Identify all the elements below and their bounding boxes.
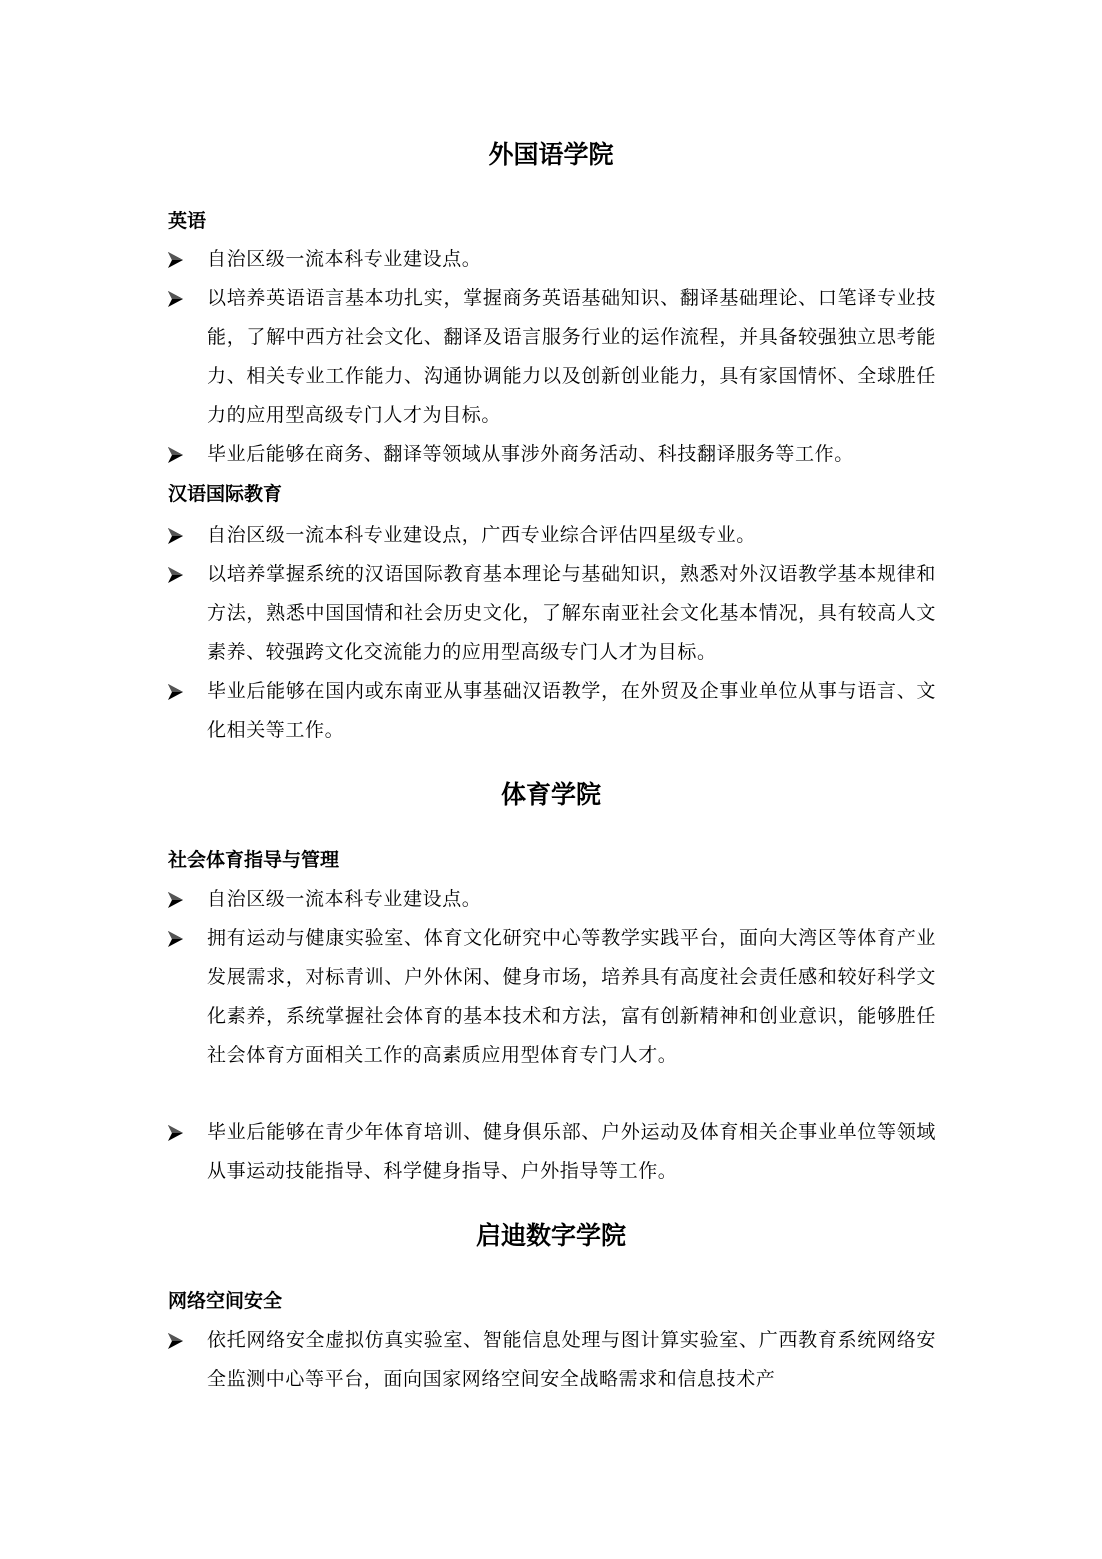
arrowhead-bullet-icon (168, 880, 186, 919)
bullet-text: 以培养掌握系统的汉语国际教育基本理论与基础知识，熟悉对外汉语教学基本规律和方法，… (207, 555, 936, 672)
arrowhead-bullet-icon (168, 279, 186, 318)
list-item: 自治区级一流本科专业建设点，广西专业综合评估四星级专业。 (168, 516, 938, 555)
major-title: 汉语国际教育 (168, 482, 282, 506)
list-item: 以培养英语语言基本功扎实，掌握商务英语基础知识、翻译基础理论、口笔译专业技能，了… (168, 279, 938, 435)
major-title: 网络空间安全 (168, 1289, 282, 1313)
list-item: 依托网络安全虚拟仿真实验室、智能信息处理与图计算实验室、广西教育系统网络安全监测… (168, 1321, 938, 1399)
bullet-text: 依托网络安全虚拟仿真实验室、智能信息处理与图计算实验室、广西教育系统网络安全监测… (207, 1321, 936, 1399)
bullet-text: 以培养英语语言基本功扎实，掌握商务英语基础知识、翻译基础理论、口笔译专业技能，了… (207, 279, 936, 435)
arrowhead-bullet-icon (168, 672, 186, 711)
list-item: 自治区级一流本科专业建设点。 (168, 880, 938, 919)
list-item: 毕业后能够在商务、翻译等领域从事涉外商务活动、科技翻译服务等工作。 (168, 435, 938, 474)
college-title: 体育学院 (0, 780, 1102, 810)
bullet-text: 自治区级一流本科专业建设点。 (207, 880, 936, 919)
bullet-text: 拥有运动与健康实验室、体育文化研究中心等教学实践平台，面向大湾区等体育产业发展需… (207, 919, 936, 1075)
major-title: 社会体育指导与管理 (168, 848, 339, 872)
bullet-text: 毕业后能够在国内或东南亚从事基础汉语教学，在外贸及企事业单位从事与语言、文化相关… (207, 672, 936, 750)
list-item: 毕业后能够在国内或东南亚从事基础汉语教学，在外贸及企事业单位从事与语言、文化相关… (168, 672, 938, 750)
arrowhead-bullet-icon (168, 1321, 186, 1360)
list-item: 毕业后能够在青少年体育培训、健身俱乐部、户外运动及体育相关企事业单位等领域从事运… (168, 1113, 938, 1191)
college-title: 外国语学院 (0, 140, 1102, 170)
arrowhead-bullet-icon (168, 435, 186, 474)
arrowhead-bullet-icon (168, 240, 186, 279)
list-item: 拥有运动与健康实验室、体育文化研究中心等教学实践平台，面向大湾区等体育产业发展需… (168, 919, 938, 1075)
arrowhead-bullet-icon (168, 919, 186, 958)
bullet-text: 自治区级一流本科专业建设点，广西专业综合评估四星级专业。 (207, 516, 936, 555)
document-page: 外国语学院 英语 自治区级一流本科专业建设点。 以培养英语语言基本功扎实，掌握商… (0, 0, 1102, 1559)
arrowhead-bullet-icon (168, 516, 186, 555)
bullet-text: 毕业后能够在青少年体育培训、健身俱乐部、户外运动及体育相关企事业单位等领域从事运… (207, 1113, 936, 1191)
bullet-text: 毕业后能够在商务、翻译等领域从事涉外商务活动、科技翻译服务等工作。 (207, 435, 936, 474)
arrowhead-bullet-icon (168, 1113, 186, 1152)
bullet-text: 自治区级一流本科专业建设点。 (207, 240, 936, 279)
arrowhead-bullet-icon (168, 555, 186, 594)
list-item: 以培养掌握系统的汉语国际教育基本理论与基础知识，熟悉对外汉语教学基本规律和方法，… (168, 555, 938, 672)
list-item: 自治区级一流本科专业建设点。 (168, 240, 938, 279)
college-title: 启迪数字学院 (0, 1221, 1102, 1251)
major-title: 英语 (168, 209, 206, 233)
